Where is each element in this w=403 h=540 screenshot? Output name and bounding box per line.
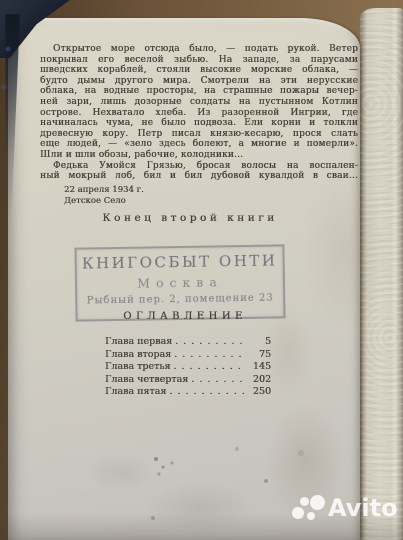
text-line: ный мокрый лоб, бил и бил дубовой кувалд…: [40, 171, 358, 182]
toc-page-number: 75: [245, 349, 271, 362]
toc-page-number: 145: [245, 361, 271, 374]
toc-dot-leader: . . . . . . . . . . . .: [171, 349, 245, 362]
toc-row: Глава вторая. . . . . . . . . . . .75: [105, 349, 271, 362]
text-line: Шли и шли обозы, рабочие, колодники...: [40, 150, 358, 161]
date-block: 22 апреля 1934 г. Детское Село: [64, 185, 144, 207]
toc-list: Глава первая. . . . . . . . . . . .5Глав…: [105, 336, 271, 399]
toc-dot-leader: . . . . . . . . . . . .: [170, 361, 245, 374]
text-line: будто дымы другого мира. Смотрели на эти…: [40, 76, 358, 87]
avito-logo-circle-small-top: [300, 497, 309, 506]
toc-row: Глава четвертая. . . . . . . . . . . .20…: [105, 374, 271, 387]
text-line: шведских кораблей, стояли высокие морски…: [40, 65, 358, 76]
toc-dot-leader: . . . . . . . . . . . .: [188, 374, 245, 387]
paragraph-block: Открытое море отсюда было, — подать руко…: [40, 44, 358, 182]
toc-row: Глава пятая. . . . . . . . . . . .250: [105, 386, 271, 399]
date-line: 22 апреля 1934 г.: [64, 185, 144, 196]
text-line: Федька Умойся Грязью, бросая волосы на в…: [40, 161, 358, 172]
toc-row: Глава первая. . . . . . . . . . . .5: [105, 336, 271, 349]
text-line: еще людей, — «зело здесь болеют, а многи…: [40, 139, 358, 150]
toc-heading: ОГЛАВЛЕНИЕ: [40, 311, 330, 322]
toc-dot-leader: . . . . . . . . . . . .: [166, 386, 245, 399]
text-line: покрывал его веселой зыбью. На западе, з…: [40, 55, 358, 66]
stamp-address-line: Рыбный пер. 2, помещение 23: [77, 292, 283, 306]
toc-page-number: 202: [245, 374, 271, 387]
avito-wordmark: Avito: [328, 494, 398, 522]
text-line: Открытое море отсюда было, — подать руко…: [40, 44, 358, 55]
avito-logo-circle-small-bottom: [307, 512, 315, 520]
text-line: острове. Нехватало хлеба. Из разоренной …: [40, 108, 358, 119]
toc-page-number: 250: [245, 386, 271, 399]
text-line: древесную кору. Петр писал князю-кесарю,…: [40, 129, 358, 140]
toc-page-number: 5: [245, 336, 271, 349]
text-line: облака, на водные просторы, на страшные …: [40, 86, 358, 97]
toc-chapter-label: Глава четвертая: [105, 374, 188, 387]
book-page-photo: Открытое море отсюда было, — подать руко…: [0, 0, 403, 540]
toc-chapter-label: Глава первая: [105, 336, 172, 349]
place-line: Детское Село: [64, 196, 144, 207]
stamp-org-line: КНИГОСБЫТ ОНТИ: [77, 251, 283, 272]
book-end-line: Конец второй книги: [40, 212, 340, 224]
stamp-city-line: Москва: [77, 273, 283, 291]
toc-dot-leader: . . . . . . . . . . . .: [172, 336, 245, 349]
toc-chapter-label: Глава третья: [105, 361, 170, 374]
avito-watermark: Avito: [281, 492, 393, 532]
book-fore-edge: [360, 8, 403, 540]
text-line: ней зари, лишь дозорные солдаты на пусты…: [40, 97, 358, 108]
text-line: начиналась чума, не было подвоза. Ели ко…: [40, 118, 358, 129]
avito-logo-circle-large: [310, 495, 325, 510]
toc-chapter-label: Глава пятая: [105, 386, 166, 399]
avito-logo-circle-medium: [292, 507, 304, 519]
toc-chapter-label: Глава вторая: [105, 349, 171, 362]
toc-row: Глава третья. . . . . . . . . . . .145: [105, 361, 271, 374]
